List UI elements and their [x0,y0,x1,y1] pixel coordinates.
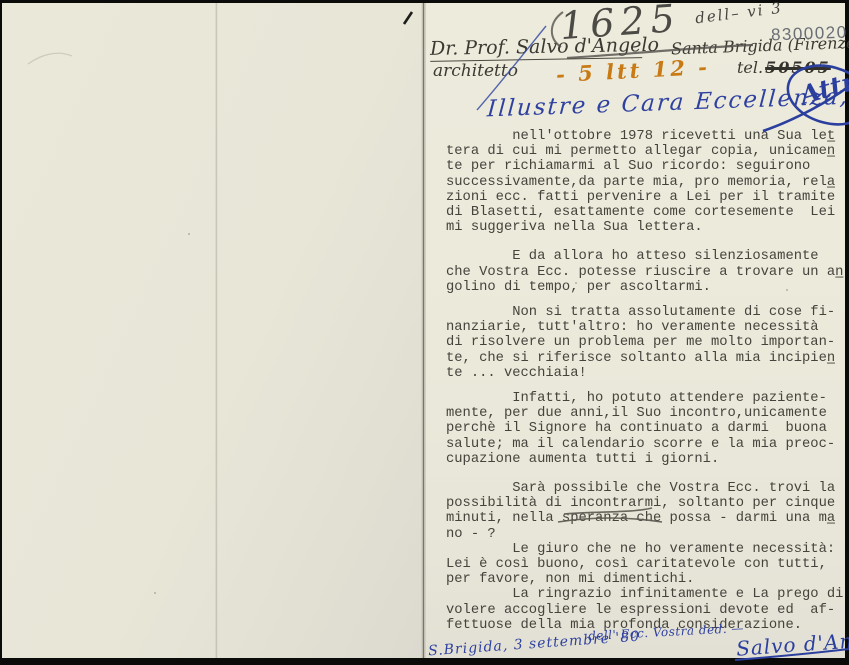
letterhead-name-text: Dr. Prof. Salvo d'Angelo [430,34,642,62]
typed-paragraph: Infatti, ho potuto attendere paziente- m… [446,391,843,467]
left-blank-page [2,3,423,658]
typed-paragraph: E da allora ho atteso silenziosamente ch… [446,249,843,295]
scanned-letter: 1625 dell– vi 3 Dr. Prof. Salvo d'Angelo… [0,0,849,665]
typed-paragraph: Sarà possibile che Vostra Ecc. trovi la … [446,481,843,542]
tel-label: tel. [737,58,763,77]
typed-letter-body: nell'ottobre 1978 ricevetti una Sua let̲… [446,129,843,633]
typed-paragraph: nell'ottobre 1978 ricevetti una Sua let̲… [446,129,843,235]
letterhead-title: architetto [433,61,518,81]
dust-speck [154,592,156,594]
typed-paragraph: Non si tratta assolutamente di cose fi- … [446,305,843,381]
letterhead-name: Dr. Prof. Salvo d'Angelo [430,34,642,62]
letterhead-telephone: tel.50505 [737,58,829,77]
stamped-phone-number: 8300020 [771,23,848,46]
typed-paragraph: Le giuro che ne ho veramente necessità: … [446,542,843,588]
fold-crease [215,3,218,658]
dust-speck [188,233,190,235]
